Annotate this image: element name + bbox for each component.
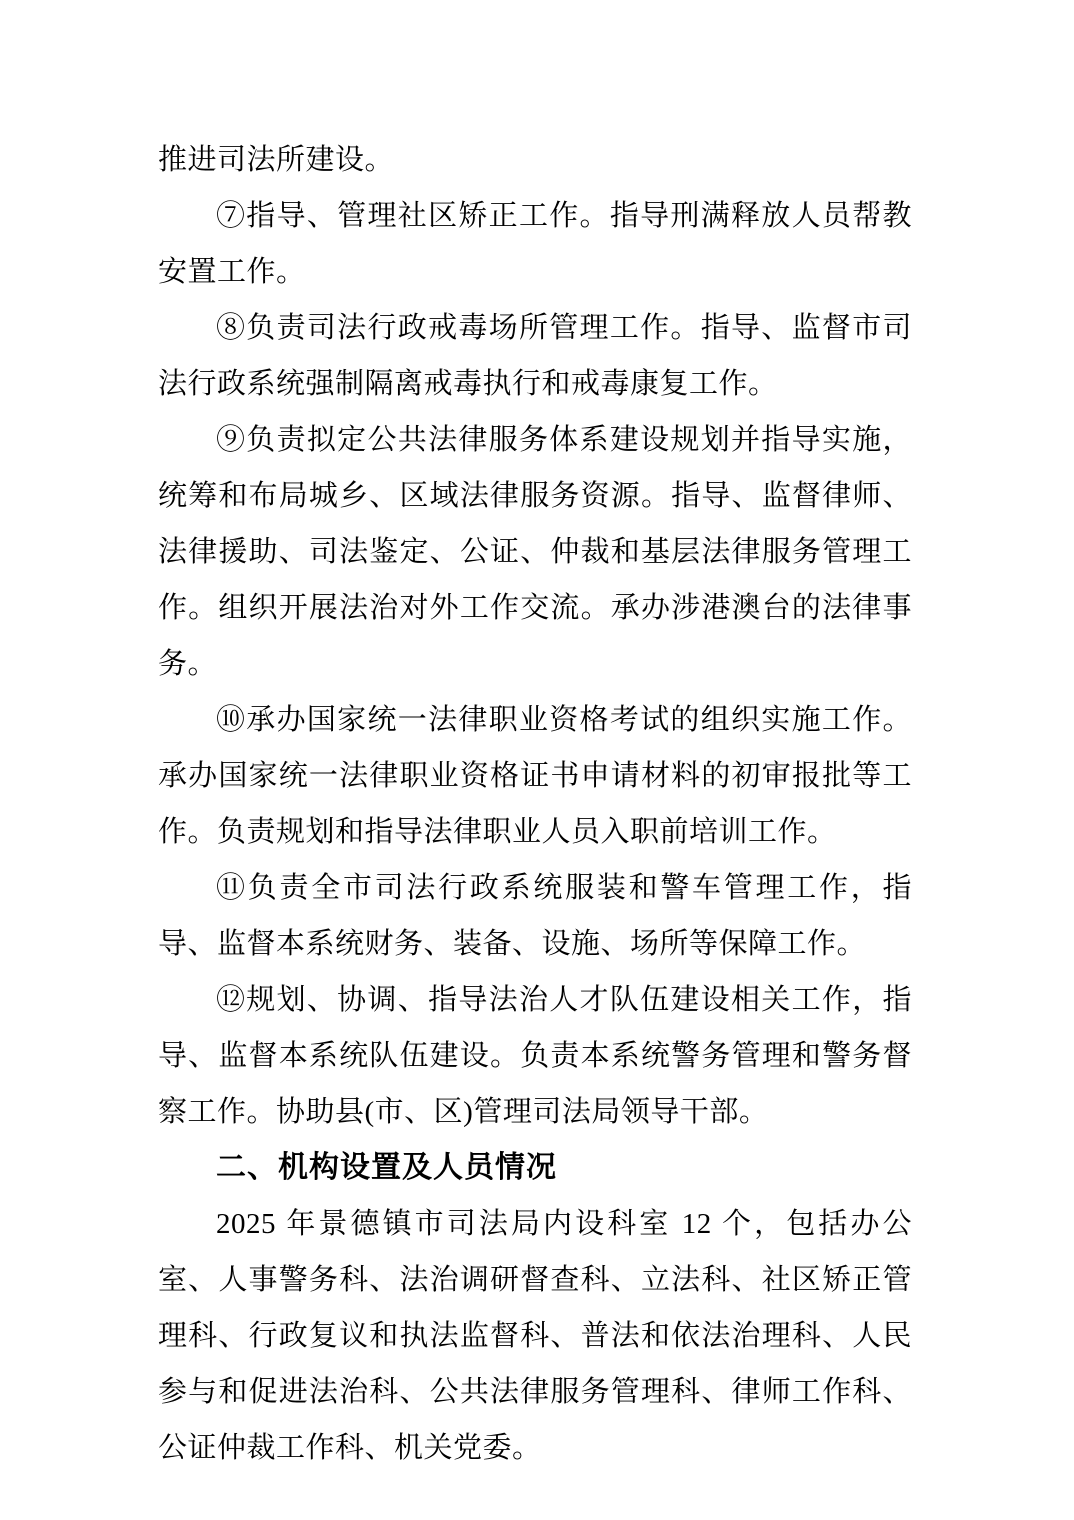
- page-content: 推进司法所建设。 ⑦指导、管理社区矫正工作。指导刑满释放人员帮教安置工作。 ⑧负…: [158, 132, 912, 1476]
- duty-item-10: ⑩承办国家统一法律职业资格考试的组织实施工作。承办国家统一法律职业资格证书申请材…: [158, 692, 912, 860]
- org-setup-paragraph: 2025 年景德镇市司法局内设科室 12 个，包括办公室、人事警务科、法治调研督…: [158, 1196, 912, 1476]
- section-heading: 二、机构设置及人员情况: [158, 1140, 912, 1196]
- duty-item-11: ⑪负责全市司法行政系统服装和警车管理工作，指导、监督本系统财务、装备、设施、场所…: [158, 860, 912, 972]
- duty-item-7: ⑦指导、管理社区矫正工作。指导刑满释放人员帮教安置工作。: [158, 188, 912, 300]
- paragraph-continuation: 推进司法所建设。: [158, 132, 912, 188]
- document-page: 推进司法所建设。 ⑦指导、管理社区矫正工作。指导刑满释放人员帮教安置工作。 ⑧负…: [0, 0, 1074, 1520]
- duty-item-9: ⑨负责拟定公共法律服务体系建设规划并指导实施，统筹和布局城乡、区域法律服务资源。…: [158, 412, 912, 692]
- duty-item-8: ⑧负责司法行政戒毒场所管理工作。指导、监督市司法行政系统强制隔离戒毒执行和戒毒康…: [158, 300, 912, 412]
- duty-item-12: ⑫规划、协调、指导法治人才队伍建设相关工作，指导、监督本系统队伍建设。负责本系统…: [158, 972, 912, 1140]
